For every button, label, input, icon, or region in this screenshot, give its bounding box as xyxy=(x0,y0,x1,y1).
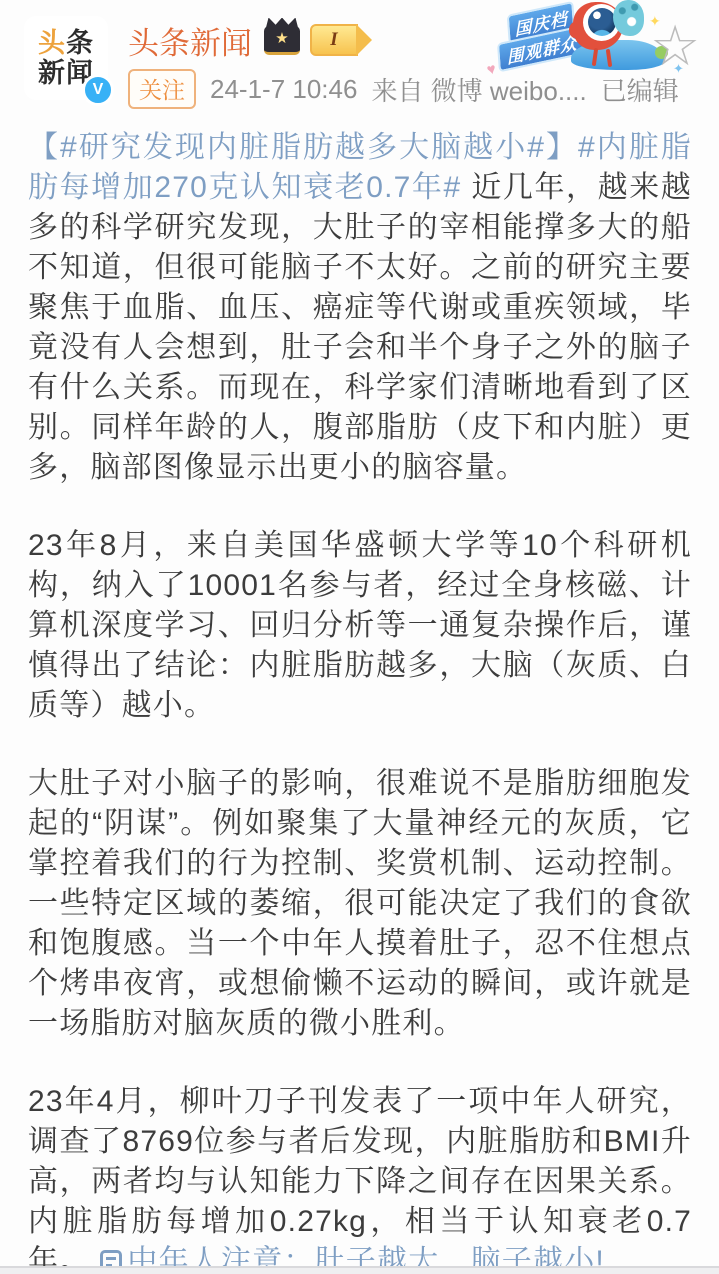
vip-crown-icon: ★ xyxy=(264,26,300,55)
logo-char-tou: 头 xyxy=(38,28,66,58)
meta-line: 关注 24-1-7 10:46 来自 微博 weibo.... 已编辑 xyxy=(128,72,679,106)
author-name[interactable]: 头条新闻 xyxy=(128,18,252,63)
teal-creature xyxy=(613,0,644,36)
mascot-leg xyxy=(606,49,612,67)
mascot-body xyxy=(573,2,623,50)
star-icon[interactable]: ☆ xyxy=(650,18,700,74)
sticker-ribbon-2: 围观群众 xyxy=(497,25,587,73)
vip-level-badge: I xyxy=(310,24,358,56)
mascot-eye-iris xyxy=(588,8,616,36)
author-line: 头条新闻 ★ I xyxy=(128,22,376,58)
vip-level-label: I xyxy=(330,29,337,51)
weibo-post: 头条 新闻 V 头条新闻 ★ I 关注 24-1-7 10:46 来自 微博 w… xyxy=(0,0,719,1274)
mascot-eye xyxy=(583,4,620,41)
avatar[interactable]: 头条 新闻 V xyxy=(24,16,108,100)
paragraph: 大肚子对小脑子的影响，很难说不是脂肪细胞发起的“阴谋”。例如聚集了大量神经元的灰… xyxy=(28,764,692,1044)
crown-star-icon: ★ xyxy=(275,31,288,46)
sticker-ribbon-1: 国庆档 xyxy=(507,1,576,44)
hashtag-link[interactable]: 【#研究发现内脏脂肪越多大脑越小#】 xyxy=(28,131,578,164)
logo-char-tiao: 条 xyxy=(66,28,94,58)
bottom-area xyxy=(0,1268,719,1274)
mascot-leg xyxy=(592,48,598,66)
paragraph: 23年8月，来自美国华盛顿大学等10个科研机构，纳入了10001名参与者，经过全… xyxy=(28,526,692,726)
timestamp: 24-1-7 10:46 xyxy=(210,74,357,105)
mascot-arm xyxy=(569,22,581,38)
verified-badge-icon: V xyxy=(82,74,114,106)
body-text: 近几年，越来越多的科学研究发现，大肚子的宰相能撑多大的船不知道，但很可能脑子不太… xyxy=(28,171,692,484)
post-source[interactable]: 来自 微博 weibo.... xyxy=(371,71,586,108)
paragraph: 【#研究发现内脏脂肪越多大脑越小#】#内脏脂肪每增加270克认知衰老0.7年# … xyxy=(28,128,692,488)
paragraph: 23年4月，柳叶刀子刊发表了一项中年人研究，调查了8769位参与者后发现，内脏脂… xyxy=(28,1082,692,1274)
follow-button[interactable]: 关注 xyxy=(128,69,196,109)
post-text: 【#研究发现内脏脂肪越多大脑越小#】#内脏脂肪每增加270克认知衰老0.7年# … xyxy=(28,128,692,1274)
crown-points xyxy=(266,18,298,28)
body-text: 大肚子对小脑子的影响，很难说不是脂肪细胞发起的“阴谋”。例如聚集了大量神经元的灰… xyxy=(28,767,692,1040)
body-text: 23年8月，来自美国华盛顿大学等10个科研机构，纳入了10001名参与者，经过全… xyxy=(28,529,692,722)
